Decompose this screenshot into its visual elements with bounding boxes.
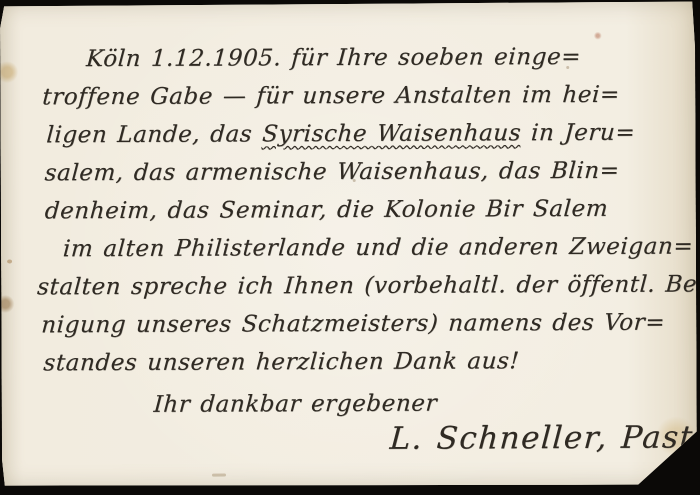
signature: L. Schneller, Pastor. [389,419,700,457]
message-line-3: ligen Lande, das Syrische Waisenhaus in … [46,120,636,149]
message-line-7: stalten spreche ich Ihnen (vorbehaltl. d… [36,271,700,300]
message-line-4: salem, das armenische Waisenhaus, das Bl… [44,158,621,187]
message-line-8: nigung unseres Schatzmeisters) namens de… [40,310,666,339]
message-line-5: denheim, das Seminar, die Kolonie Bir Sa… [44,196,609,224]
stain-spot [7,259,12,263]
message-line-1: Köln 1.12.1905. für Ihre soeben einge= [85,44,582,72]
postcard: Köln 1.12.1905. für Ihre soeben einge= t… [0,1,697,487]
message-line-2: troffene Gabe — für unsere Anstalten im … [42,82,621,111]
stain-spot [212,474,226,477]
message-line-9: standes unseren herzlichen Dank aus! [43,348,521,376]
message-line-6: im alten Philisterlande und die anderen … [62,233,694,262]
message-line-3-suffix: in Jeru= [520,120,636,147]
message-line-3-prefix: ligen Lande, das [46,121,263,148]
underlined-phrase: Syrische Waisenhaus [261,120,522,147]
scan-background: Köln 1.12.1905. für Ihre soeben einge= t… [0,0,700,495]
closing-line: Ihr dankbar ergebener [153,391,438,418]
